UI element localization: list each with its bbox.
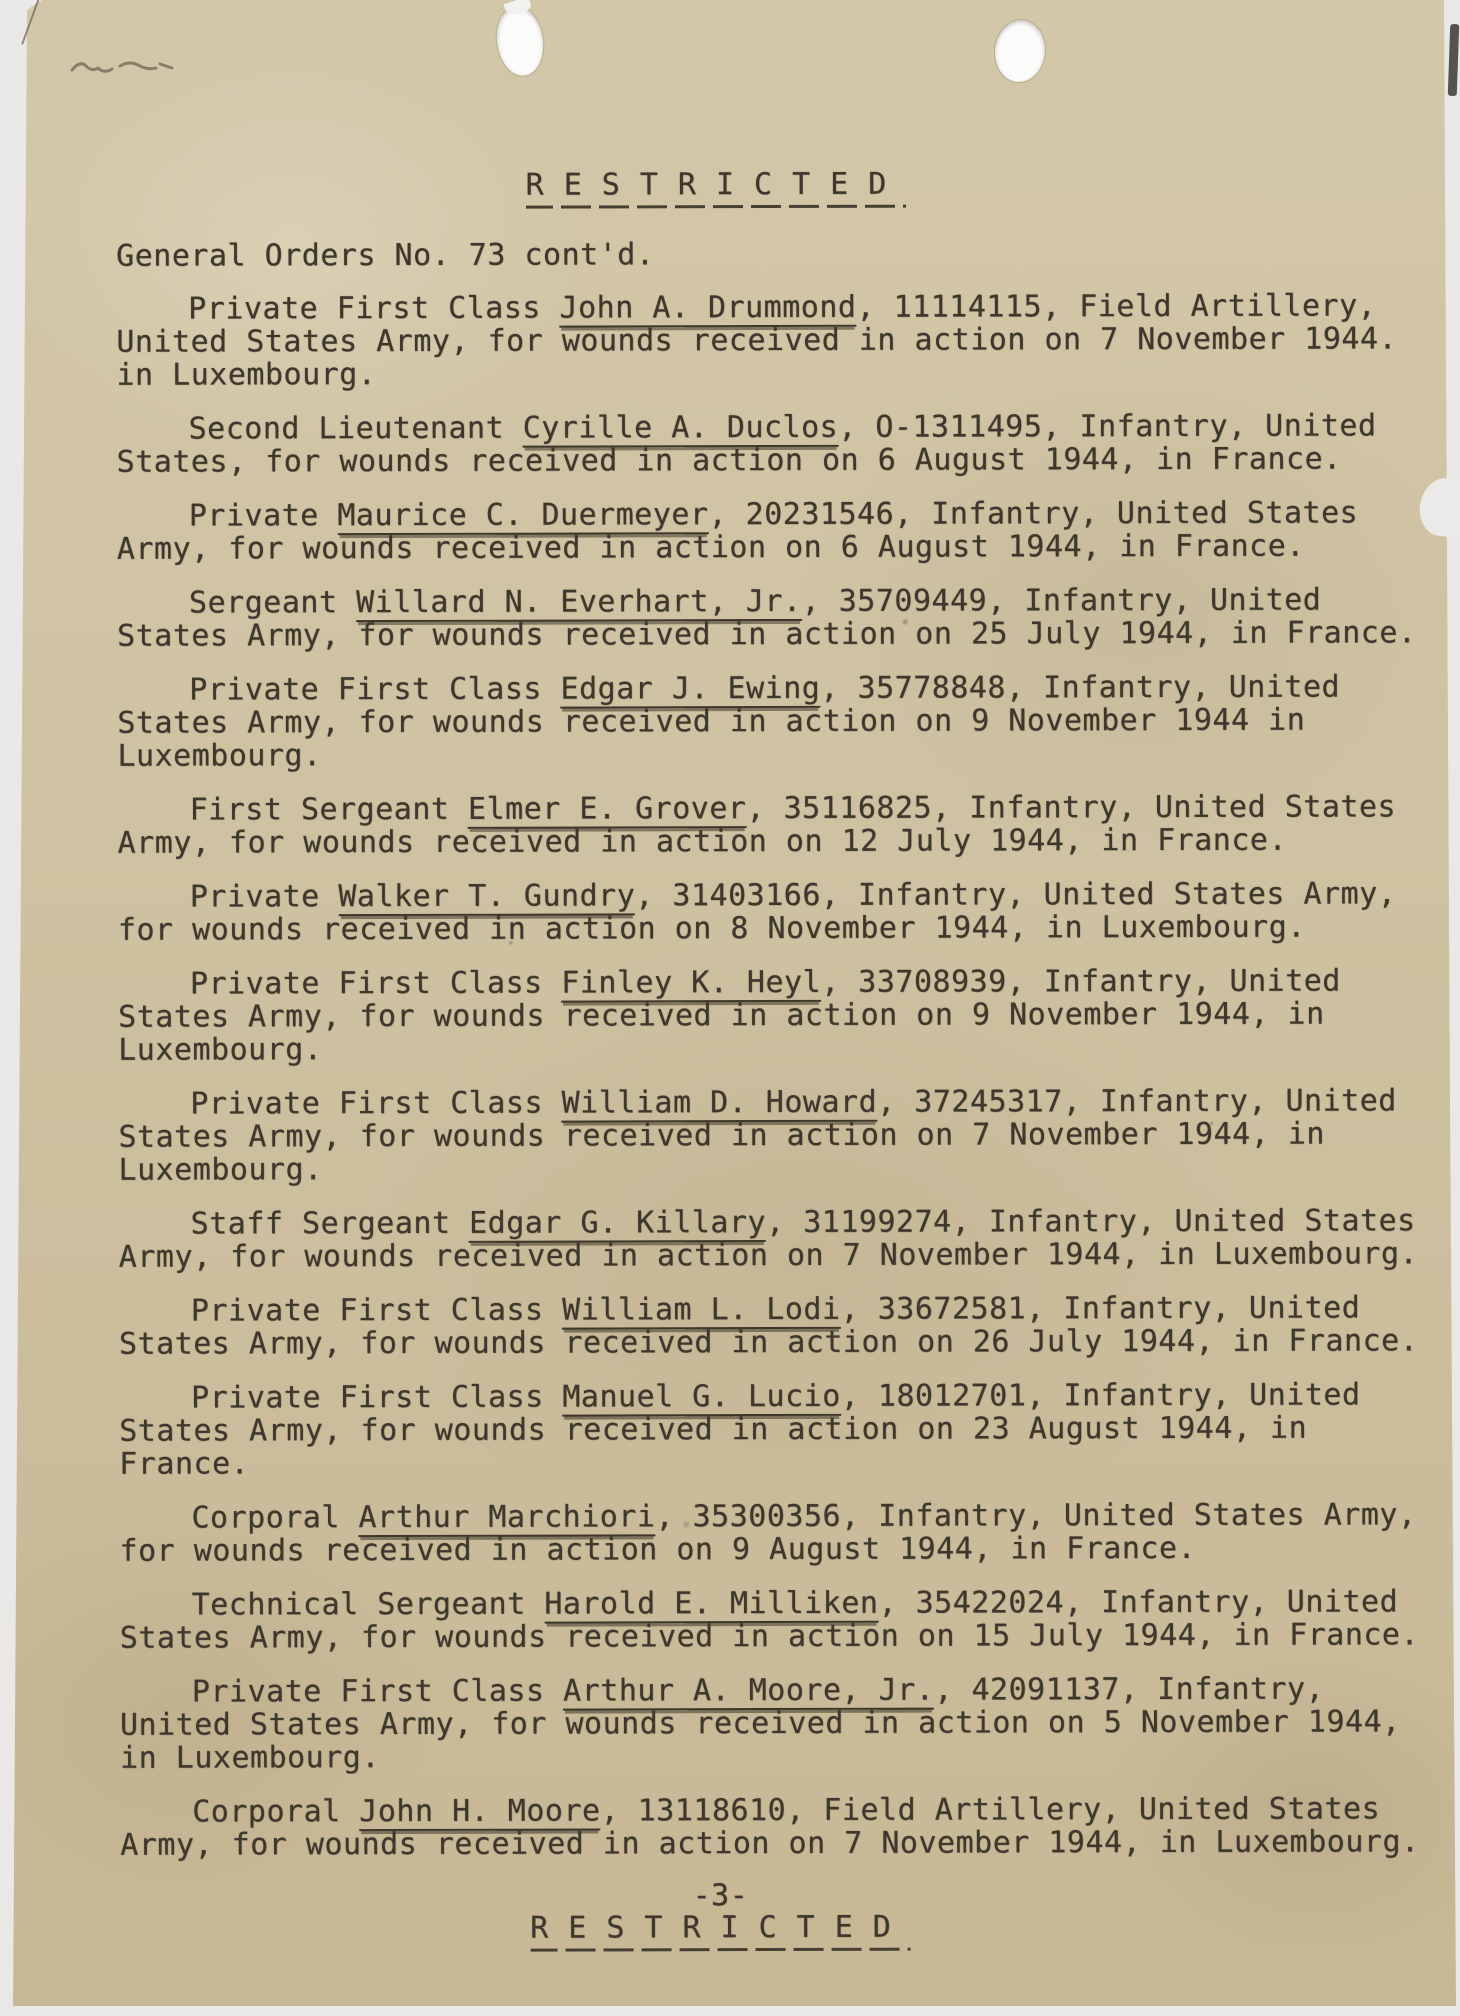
entry-rank: Private First Class <box>188 291 559 327</box>
edge-smudge <box>1448 24 1460 96</box>
entry-name: John H. Moore <box>359 1793 600 1831</box>
casualty-entry: Private First Class William L. Lodi, 336… <box>119 1291 1449 1360</box>
entry-rank: Private <box>189 498 338 533</box>
casualty-entry: Staff Sergeant Edgar G. Killary, 3119927… <box>119 1204 1449 1273</box>
casualty-entries: Private First Class John A. Drummond, 11… <box>116 289 1450 1861</box>
entry-name: Edgar J. Ewing <box>560 671 820 709</box>
casualty-entry: Private First Class Arthur A. Moore, Jr.… <box>120 1672 1450 1774</box>
entry-name: John A. Drummond <box>559 290 856 328</box>
entry-rank: Private <box>190 879 339 914</box>
entry-rank: Private First Class <box>191 1380 562 1416</box>
entry-rank: Second Lieutenant <box>189 411 523 447</box>
entry-rank: Private First Class <box>189 672 560 708</box>
casualty-entry: Private First Class Manuel G. Lucio, 180… <box>119 1378 1449 1480</box>
casualty-entry: Technical Sergeant Harold E. Milliken, 3… <box>120 1585 1450 1654</box>
casualty-entry: Second Lieutenant Cyrille A. Duclos, O-1… <box>117 409 1447 478</box>
entry-rank: Corporal <box>192 1794 359 1829</box>
casualty-entry: Private First Class John A. Drummond, 11… <box>116 289 1446 391</box>
entry-rank: Private First Class <box>191 1293 562 1329</box>
page-number: -3- <box>120 1880 1320 1913</box>
casualty-entry: Private First Class Edgar J. Ewing, 3577… <box>117 670 1447 772</box>
entry-name: Elmer E. Grover <box>468 791 747 829</box>
order-reference: General Orders No. 73 cont'd. <box>116 236 1446 272</box>
entry-rank: Staff Sergeant <box>191 1206 470 1242</box>
entry-name: Finley K. Heyl <box>561 965 821 1003</box>
classification-footer: RESTRICTED <box>530 1911 911 1952</box>
entry-rank: Corporal <box>191 1500 358 1535</box>
entry-rank: Technical Sergeant <box>192 1587 545 1623</box>
casualty-entry: First Sergeant Elmer E. Grover, 35116825… <box>118 790 1448 859</box>
entry-name: Manuel G. Lucio <box>562 1379 841 1417</box>
typed-page: RESTRICTED General Orders No. 73 cont'd.… <box>115 0 1450 1953</box>
entry-name: Walker T. Gundry <box>338 878 635 916</box>
classification-header: RESTRICTED <box>526 168 907 209</box>
entry-name: Edgar G. Killary <box>469 1205 766 1243</box>
casualty-entry: Corporal Arthur Marchiori, 35300356, Inf… <box>119 1498 1449 1567</box>
casualty-entry: Private Walker T. Gundry, 31403166, Infa… <box>118 877 1448 946</box>
casualty-entry: Corporal John H. Moore, 13118610, Field … <box>120 1792 1450 1861</box>
classification-header-row: RESTRICTED <box>116 166 1446 209</box>
casualty-entry: Sergeant Willard N. Everhart, Jr., 35709… <box>117 583 1447 652</box>
casualty-entry: Private First Class William D. Howard, 3… <box>118 1084 1448 1186</box>
casualty-entry: Private Maurice C. Duermeyer, 20231546, … <box>117 496 1447 565</box>
entry-rank: First Sergeant <box>190 792 469 828</box>
entry-rank: Private First Class <box>190 966 561 1002</box>
entry-rank: Private First Class <box>190 1086 561 1122</box>
entry-rank: Private First Class <box>192 1674 563 1710</box>
entry-name: Arthur Marchiori <box>358 1499 655 1537</box>
page-footer: -3- RESTRICTED <box>120 1879 1450 1952</box>
entry-name: William L. Lodi <box>562 1292 841 1330</box>
entry-rank: Sergeant <box>189 585 356 620</box>
casualty-entry: Private First Class Finley K. Heyl, 3370… <box>118 964 1448 1066</box>
